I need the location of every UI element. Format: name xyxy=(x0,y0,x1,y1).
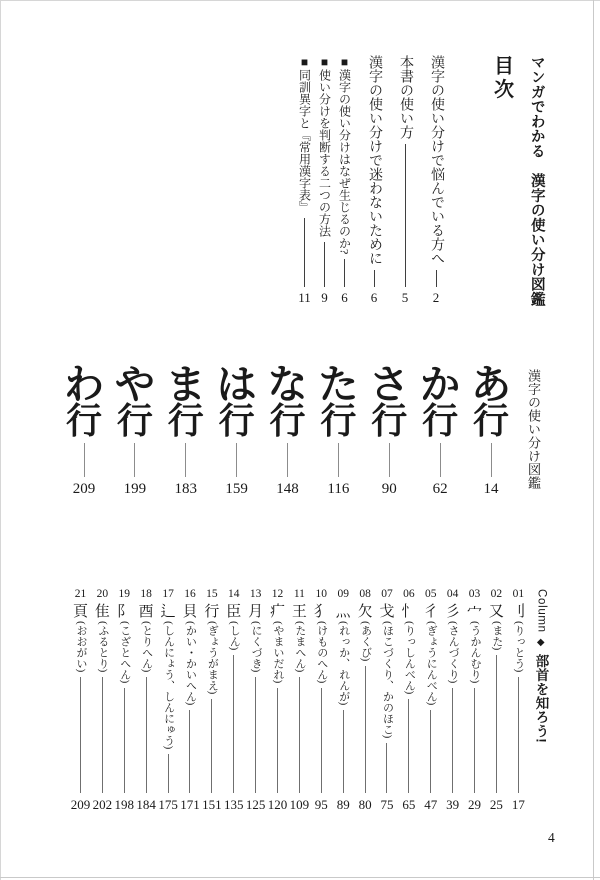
radical-item-number: 01 xyxy=(508,589,529,601)
toc-sub-entry-page: 11 xyxy=(296,291,313,305)
gyo-suffix: 行 xyxy=(219,404,255,438)
radical-leader-line xyxy=(452,688,453,793)
page-edge-bottom xyxy=(0,877,600,878)
radical-leader-line xyxy=(343,710,344,793)
radical-leader-line xyxy=(146,677,147,793)
gyo-leader-line xyxy=(236,443,237,477)
gyo-page: 90 xyxy=(382,481,397,498)
radical-item-number: 20 xyxy=(92,589,113,601)
radical-item: 17 辶 (しんにょう、しんにゅう) 175 xyxy=(158,589,179,813)
radical-item-number: 17 xyxy=(158,589,179,601)
gyo-side-label: 漢字の使い分け図鑑 xyxy=(527,369,540,490)
radical-reading: (また) xyxy=(491,621,502,650)
radical-item-page: 25 xyxy=(490,797,503,813)
radical-item: 01 刂 (りっとう) 17 xyxy=(508,589,529,813)
page-edge-left xyxy=(0,0,1,880)
radical-char: 疒 xyxy=(270,605,285,620)
toc-leader-line xyxy=(374,270,375,287)
radical-char: 犭 xyxy=(314,605,329,620)
toc-sub-entry: ■同訓異字と『常用漢字表』 11 xyxy=(296,55,313,305)
radical-item: 11 王 (たまへん) 109 xyxy=(289,589,310,813)
radical-item-page: 65 xyxy=(402,797,415,813)
toc-entry: 漢字の使い分けで迷わないために 6 xyxy=(364,55,384,305)
gyo-column: た 行 116 xyxy=(314,366,362,498)
gyo-kana: は xyxy=(217,366,257,404)
radical-char: 忄 xyxy=(401,605,416,620)
radical-char: 灬 xyxy=(336,605,351,620)
radical-char: 行 xyxy=(204,605,219,620)
radical-item-number: 03 xyxy=(464,589,485,601)
gyo-suffix: 行 xyxy=(269,404,305,438)
radical-char: 彡 xyxy=(445,605,460,620)
radical-char: 月 xyxy=(248,605,263,620)
radical-item: 16 貝 (かい・かいへん) 171 xyxy=(179,589,200,813)
radical-item-number: 06 xyxy=(398,589,419,601)
radical-item-page: 151 xyxy=(202,797,222,813)
radical-reading: (りっしんべん) xyxy=(403,621,414,694)
radical-reading: (りっとう) xyxy=(513,621,524,672)
radical-item-page: 89 xyxy=(337,797,350,813)
toc-entry-label: 漢字の使い分けで迷わないために xyxy=(367,55,381,265)
radical-leader-line xyxy=(518,677,519,793)
gyo-page: 62 xyxy=(433,481,448,498)
radical-leader-line xyxy=(277,688,278,793)
radical-reading: (さんづくり) xyxy=(447,621,458,683)
radical-leader-line xyxy=(386,743,387,793)
gyo-kana: さ xyxy=(369,366,409,404)
toc-entry-page: 5 xyxy=(395,291,415,305)
gyo-page: 14 xyxy=(484,481,499,498)
radical-item-page: 209 xyxy=(71,797,91,813)
radical-index-header: Column ◆ 部首を知ろう! xyxy=(530,589,552,813)
radical-leader-line xyxy=(233,655,234,793)
radical-item-page: 171 xyxy=(180,797,200,813)
radical-reading: (ふるとり) xyxy=(97,621,108,672)
radical-item-page: 198 xyxy=(115,797,135,813)
radical-item-page: 202 xyxy=(93,797,113,813)
radical-char: 隹 xyxy=(95,605,110,620)
toc-entry-page: 6 xyxy=(364,291,384,305)
radical-char: 戈 xyxy=(379,605,394,620)
gyo-column: わ 行 209 xyxy=(60,366,108,498)
radical-reading: (にくづき) xyxy=(250,621,261,672)
toc-sub-entry-label: ■漢字の使い分けはなぜ生じるのか? xyxy=(339,55,351,254)
radical-char: 酉 xyxy=(139,605,154,620)
radical-item-number: 05 xyxy=(420,589,441,601)
gyo-page: 148 xyxy=(276,481,299,498)
radical-reading: (やまいだれ) xyxy=(272,621,283,683)
toc-title: 目次 xyxy=(492,55,512,102)
radical-item: 14 臣 (しん) 135 xyxy=(223,589,244,813)
radical-item: 04 彡 (さんづくり) 39 xyxy=(442,589,463,813)
radical-leader-line xyxy=(102,677,103,793)
gyo-column: さ 行 90 xyxy=(365,366,413,498)
toc-entry-label: 漢字の使い分けで悩んでいる方へ xyxy=(429,55,443,265)
radical-leader-line xyxy=(189,710,190,793)
gyo-column: ま 行 183 xyxy=(162,366,210,498)
radical-item-number: 21 xyxy=(70,589,91,601)
radical-item-page: 125 xyxy=(246,797,266,813)
radical-item-number: 11 xyxy=(289,589,310,601)
toc-entry-page: 2 xyxy=(426,291,446,305)
radical-item-page: 135 xyxy=(224,797,244,813)
radical-char: 貝 xyxy=(182,605,197,620)
gyo-kana: か xyxy=(420,366,460,404)
gyo-column: か 行 62 xyxy=(416,366,464,498)
gyo-kana: わ xyxy=(64,366,104,404)
radical-reading: (ぎょうがまえ) xyxy=(206,621,217,694)
gyo-kana: な xyxy=(268,366,308,404)
radical-leader-line xyxy=(430,710,431,793)
radical-char: 頁 xyxy=(73,605,88,620)
radical-item-page: 39 xyxy=(446,797,459,813)
radical-item-page: 184 xyxy=(136,797,156,813)
gyo-suffix: 行 xyxy=(66,404,102,438)
toc-entry-label: 本書の使い方 xyxy=(398,55,412,139)
radical-item-number: 15 xyxy=(201,589,222,601)
radical-item-number: 19 xyxy=(114,589,135,601)
radical-reading: (あくび) xyxy=(360,621,371,661)
radical-item-number: 13 xyxy=(245,589,266,601)
radical-leader-line xyxy=(474,688,475,793)
gyo-column: や 行 199 xyxy=(111,366,159,498)
diamond-icon: ◆ xyxy=(537,638,545,648)
radical-item-number: 16 xyxy=(179,589,200,601)
radical-item-number: 02 xyxy=(486,589,507,601)
radical-item-number: 18 xyxy=(136,589,157,601)
radical-item: 21 頁 (おおがい) 209 xyxy=(70,589,91,813)
radical-leader-line xyxy=(365,666,366,793)
radical-item: 19 阝 (こざとへん) 198 xyxy=(114,589,135,813)
radical-leader-line xyxy=(211,699,212,793)
gyo-page: 183 xyxy=(175,481,198,498)
radical-item: 03 宀 (うかんむり) 29 xyxy=(464,589,485,813)
radical-item: 05 彳 (ぎょうにんべん) 47 xyxy=(420,589,441,813)
radical-char: 王 xyxy=(292,605,307,620)
gyo-column: な 行 148 xyxy=(264,366,312,498)
toc-leader-line xyxy=(436,270,437,287)
radical-item-number: 04 xyxy=(442,589,463,601)
radical-item-page: 29 xyxy=(468,797,481,813)
page-edge-top xyxy=(0,0,600,1)
radical-item: 02 又 (また) 25 xyxy=(486,589,507,813)
radical-item: 20 隹 (ふるとり) 202 xyxy=(92,589,113,813)
radical-char: 臣 xyxy=(226,605,241,620)
radical-item-page: 175 xyxy=(158,797,178,813)
gyo-page: 159 xyxy=(225,481,248,498)
toc-title-column: 目次 xyxy=(488,55,515,305)
radical-item-page: 109 xyxy=(290,797,310,813)
gyo-suffix: 行 xyxy=(117,404,153,438)
radical-char: 辶 xyxy=(161,605,176,620)
radical-header-ja: 部首を知ろう! xyxy=(534,654,548,743)
radical-reading: (かい・かいへん) xyxy=(184,621,195,705)
radical-item-page: 17 xyxy=(512,797,525,813)
radical-item-number: 14 xyxy=(223,589,244,601)
radical-leader-line xyxy=(299,677,300,793)
gyo-leader-line xyxy=(491,443,492,477)
radical-reading: (しん) xyxy=(228,621,239,650)
toc-sub-entry-label: ■使い分けを判断する二つの方法 xyxy=(319,55,331,237)
radical-item-page: 95 xyxy=(315,797,328,813)
book-toc-page: マンガでわかる 漢字の使い分け図鑑 目次 漢字の使い分けで悩んでいる方へ 2 本… xyxy=(0,0,600,880)
radical-char: 宀 xyxy=(467,605,482,620)
radical-item-number: 10 xyxy=(311,589,332,601)
radical-item-number: 07 xyxy=(376,589,397,601)
radical-leader-line xyxy=(124,688,125,793)
radical-char: 彳 xyxy=(423,605,438,620)
toc-sub-entry-page: 6 xyxy=(336,291,353,305)
radical-leader-line xyxy=(80,677,81,793)
radical-item-number: 09 xyxy=(333,589,354,601)
gyo-leader-line xyxy=(185,443,186,477)
radical-item: 18 酉 (とりへん) 184 xyxy=(136,589,157,813)
radical-leader-line xyxy=(255,677,256,793)
radical-reading: (とりへん) xyxy=(141,621,152,672)
gyo-page: 116 xyxy=(327,481,349,498)
gyo-kana: あ xyxy=(471,366,511,404)
radical-char: 阝 xyxy=(117,605,132,620)
radical-item: 08 欠 (あくび) 80 xyxy=(355,589,376,813)
gyo-leader-line xyxy=(134,443,135,477)
column-label-en: Column xyxy=(535,589,547,633)
radical-leader-line xyxy=(321,688,322,793)
gyo-kana: や xyxy=(115,366,155,404)
radical-char: 欠 xyxy=(358,605,373,620)
toc-sub-entry: ■漢字の使い分けはなぜ生じるのか? 6 xyxy=(336,55,353,305)
gyo-leader-line xyxy=(84,443,85,477)
radical-reading: (こざとへん) xyxy=(119,621,130,683)
radical-reading: (れっか、れんが) xyxy=(338,621,349,705)
radical-item: 09 灬 (れっか、れんが) 89 xyxy=(333,589,354,813)
book-title-column: マンガでわかる 漢字の使い分け図鑑 xyxy=(525,55,548,305)
toc-leader-line xyxy=(324,242,325,287)
radical-char: 刂 xyxy=(511,605,526,620)
gyo-kana: ま xyxy=(166,366,206,404)
book-title: マンガでわかる 漢字の使い分け図鑑 xyxy=(529,55,544,306)
gyo-leader-line xyxy=(338,443,339,477)
radical-index-section: Column ◆ 部首を知ろう! 01 刂 (りっとう) 17 02 又 (また… xyxy=(70,589,552,813)
gyo-column: あ 行 14 xyxy=(467,366,515,498)
gyo-index-section: あ 行 14 か 行 62 さ 行 90 xyxy=(60,366,515,498)
gyo-leader-line xyxy=(440,443,441,477)
toc-sub-entry-label: ■同訓異字と『常用漢字表』 xyxy=(299,55,311,213)
radical-item: 10 犭 (けものへん) 95 xyxy=(311,589,332,813)
radical-item-number: 12 xyxy=(267,589,288,601)
gyo-suffix: 行 xyxy=(422,404,458,438)
gyo-leader-line xyxy=(389,443,390,477)
radical-leader-line xyxy=(168,754,169,793)
gyo-suffix: 行 xyxy=(473,404,509,438)
radical-item: 06 忄 (りっしんべん) 65 xyxy=(398,589,419,813)
gyo-suffix: 行 xyxy=(320,404,356,438)
toc-sub-entry: ■使い分けを判断する二つの方法 9 xyxy=(316,55,333,305)
toc-entry: 本書の使い方 5 xyxy=(395,55,415,305)
radical-reading: (けものへん) xyxy=(316,621,327,683)
radical-char: 又 xyxy=(489,605,504,620)
gyo-column: は 行 159 xyxy=(213,366,261,498)
toc-section: マンガでわかる 漢字の使い分け図鑑 目次 漢字の使い分けで悩んでいる方へ 2 本… xyxy=(293,55,548,305)
radical-reading: (うかんむり) xyxy=(469,621,480,683)
radical-item-number: 08 xyxy=(355,589,376,601)
radical-item-page: 75 xyxy=(380,797,393,813)
radical-reading: (ほこづくり、かのほこ) xyxy=(381,621,392,738)
toc-sub-entry-page: 9 xyxy=(316,291,333,305)
gyo-suffix: 行 xyxy=(168,404,204,438)
radical-reading: (しんにょう、しんにゅう) xyxy=(163,621,174,749)
radical-reading: (ぎょうにんべん) xyxy=(425,621,436,705)
radical-item-page: 120 xyxy=(268,797,288,813)
toc-leader-line xyxy=(304,218,305,287)
gyo-suffix: 行 xyxy=(371,404,407,438)
gyo-leader-line xyxy=(287,443,288,477)
radical-item: 13 月 (にくづき) 125 xyxy=(245,589,266,813)
page-edge-right xyxy=(593,0,594,880)
radical-leader-line xyxy=(496,655,497,793)
toc-leader-line xyxy=(344,259,345,286)
gyo-page: 199 xyxy=(124,481,147,498)
gyo-page: 209 xyxy=(73,481,96,498)
page-number: 4 xyxy=(548,830,555,846)
radical-item: 12 疒 (やまいだれ) 120 xyxy=(267,589,288,813)
radical-item: 07 戈 (ほこづくり、かのほこ) 75 xyxy=(376,589,397,813)
radical-reading: (たまへん) xyxy=(294,621,305,672)
radical-item-page: 80 xyxy=(359,797,372,813)
radical-reading: (おおがい) xyxy=(75,621,86,672)
toc-entry: 漢字の使い分けで悩んでいる方へ 2 xyxy=(426,55,446,305)
radical-leader-line xyxy=(408,699,409,793)
radical-item-page: 47 xyxy=(424,797,437,813)
radical-item: 15 行 (ぎょうがまえ) 151 xyxy=(201,589,222,813)
toc-leader-line xyxy=(405,144,406,287)
gyo-kana: た xyxy=(318,366,358,404)
